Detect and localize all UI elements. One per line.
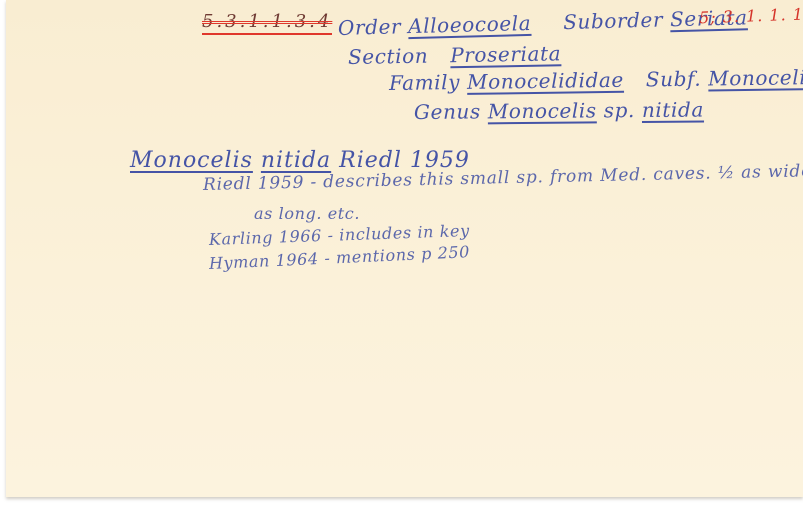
species-name: nitida — [642, 97, 704, 122]
section-line: Section Proseriata — [348, 42, 562, 68]
genus-line: Genus Monocelis sp. nitida — [414, 98, 704, 123]
revised-catalog-number-text: 5; 3. 1. 1. 1, 1 — [699, 4, 803, 27]
family-label: Family — [389, 70, 467, 95]
subfamily-label: Subf. — [646, 67, 709, 92]
genus-name: Monocelis — [488, 98, 597, 123]
order-name: Alloeocoela — [408, 11, 532, 38]
family-name: Monocelididae — [467, 68, 624, 94]
heading-species: nitida — [261, 148, 331, 173]
note-continuation-text: as long. etc. — [254, 204, 360, 223]
heading-genus: Monocelis — [130, 148, 253, 173]
scanned-page: 5.3.1.1.3.4 Order Alloeocoela Suborder S… — [0, 0, 803, 506]
suborder-label: Suborder — [563, 7, 671, 34]
subfamily-name: Monocelidinae — [708, 64, 803, 90]
note-continuation: as long. etc. — [254, 205, 360, 223]
index-card: 5.3.1.1.3.4 Order Alloeocoela Suborder S… — [6, 0, 803, 497]
section-label: Section — [348, 43, 436, 69]
sp-abbrev: sp. — [604, 98, 642, 122]
order-line: Order Alloeocoela Suborder Seriata — [338, 6, 748, 39]
family-line: Family Monocelididae Subf. Monocelidinae — [389, 65, 803, 94]
genus-label: Genus — [414, 99, 488, 124]
order-label: Order — [338, 14, 409, 40]
revised-catalog-number: 5; 3. 1. 1. 1, 1 — [699, 5, 803, 27]
section-name: Proseriata — [450, 41, 561, 67]
struck-catalog-number: 5.3.1.1.3.4 — [202, 11, 332, 35]
struck-catalog-number-line: 5.3.1.1.3.4 — [202, 12, 332, 32]
